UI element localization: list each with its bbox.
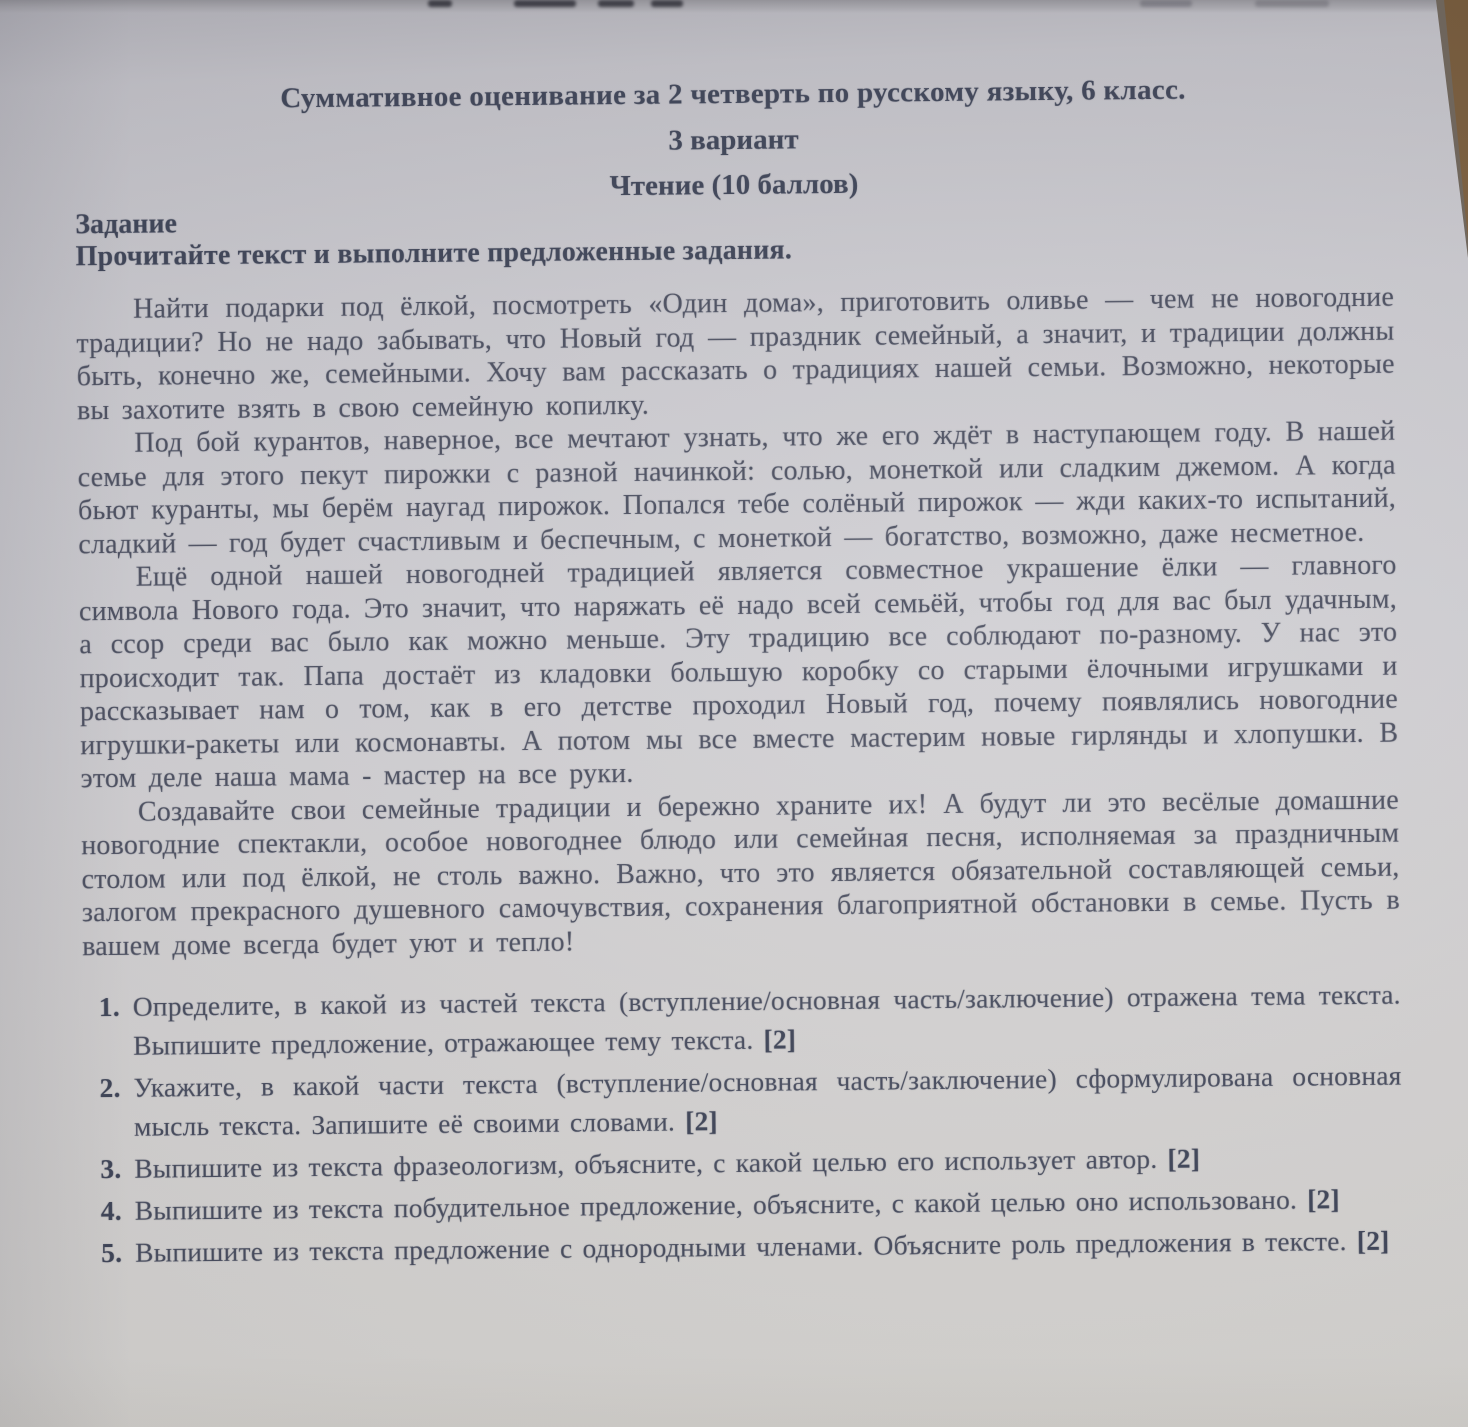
text-paragraph: Найти подарки под ёлкой, посмотреть «Оди… [76,281,1395,428]
blurred-text-smudge [1140,0,1192,7]
task-number: 3. [100,1149,121,1188]
task-text: Выпишите из текста побудительное предлож… [135,1184,1298,1226]
task-text: Выпишите из текста фразеологизм, объясни… [134,1143,1157,1184]
task-number: 4. [101,1191,122,1230]
task-text: Выпишите из текста предложение с однород… [135,1225,1347,1268]
task-item: 1.Определите, в какой из частей текста (… [99,975,1402,1065]
photo-of-document: Суммативное оценивание за 2 четверть по … [0,0,1468,1427]
task-number: 5. [101,1233,122,1272]
reading-text: Найти подарки под ёлкой, посмотреть «Оди… [76,281,1400,964]
blurred-text-smudge [428,0,452,7]
text-paragraph: Создавайте свои семейные традиции и бере… [81,783,1401,963]
marks-badge: [2] [1307,1183,1340,1214]
document-page: Суммативное оценивание за 2 четверть по … [0,0,1468,1427]
marks-badge: [2] [685,1105,718,1136]
marks-badge: [2] [763,1023,796,1054]
task-item: 2.Укажите, в какой части текста (вступле… [99,1056,1402,1146]
blurred-text-smudge [1255,0,1329,7]
photo-top-edge-strip [0,0,1468,13]
tasks-list: 1.Определите, в какой из частей текста (… [83,975,1404,1273]
task-number: 2. [99,1068,120,1107]
blurred-text-smudge [598,0,634,7]
page-title: Суммативное оценивание за 2 четверть по … [74,70,1392,119]
task-number: 1. [99,987,120,1026]
variant-line: 3 вариант [74,116,1392,165]
text-paragraph: Ещё одной нашей новогодней традицией явл… [79,549,1399,796]
marks-badge: [2] [1357,1225,1390,1256]
task-item: 5.Выпишите из текста предложение с однор… [101,1221,1403,1272]
blurred-text-smudge [514,0,576,7]
text-paragraph: Под бой курантов, наверное, все мечтают … [77,415,1396,562]
marks-badge: [2] [1167,1143,1200,1174]
blurred-text-smudge [651,0,683,7]
task-text: Укажите, в какой части текста (вступлени… [133,1060,1401,1142]
